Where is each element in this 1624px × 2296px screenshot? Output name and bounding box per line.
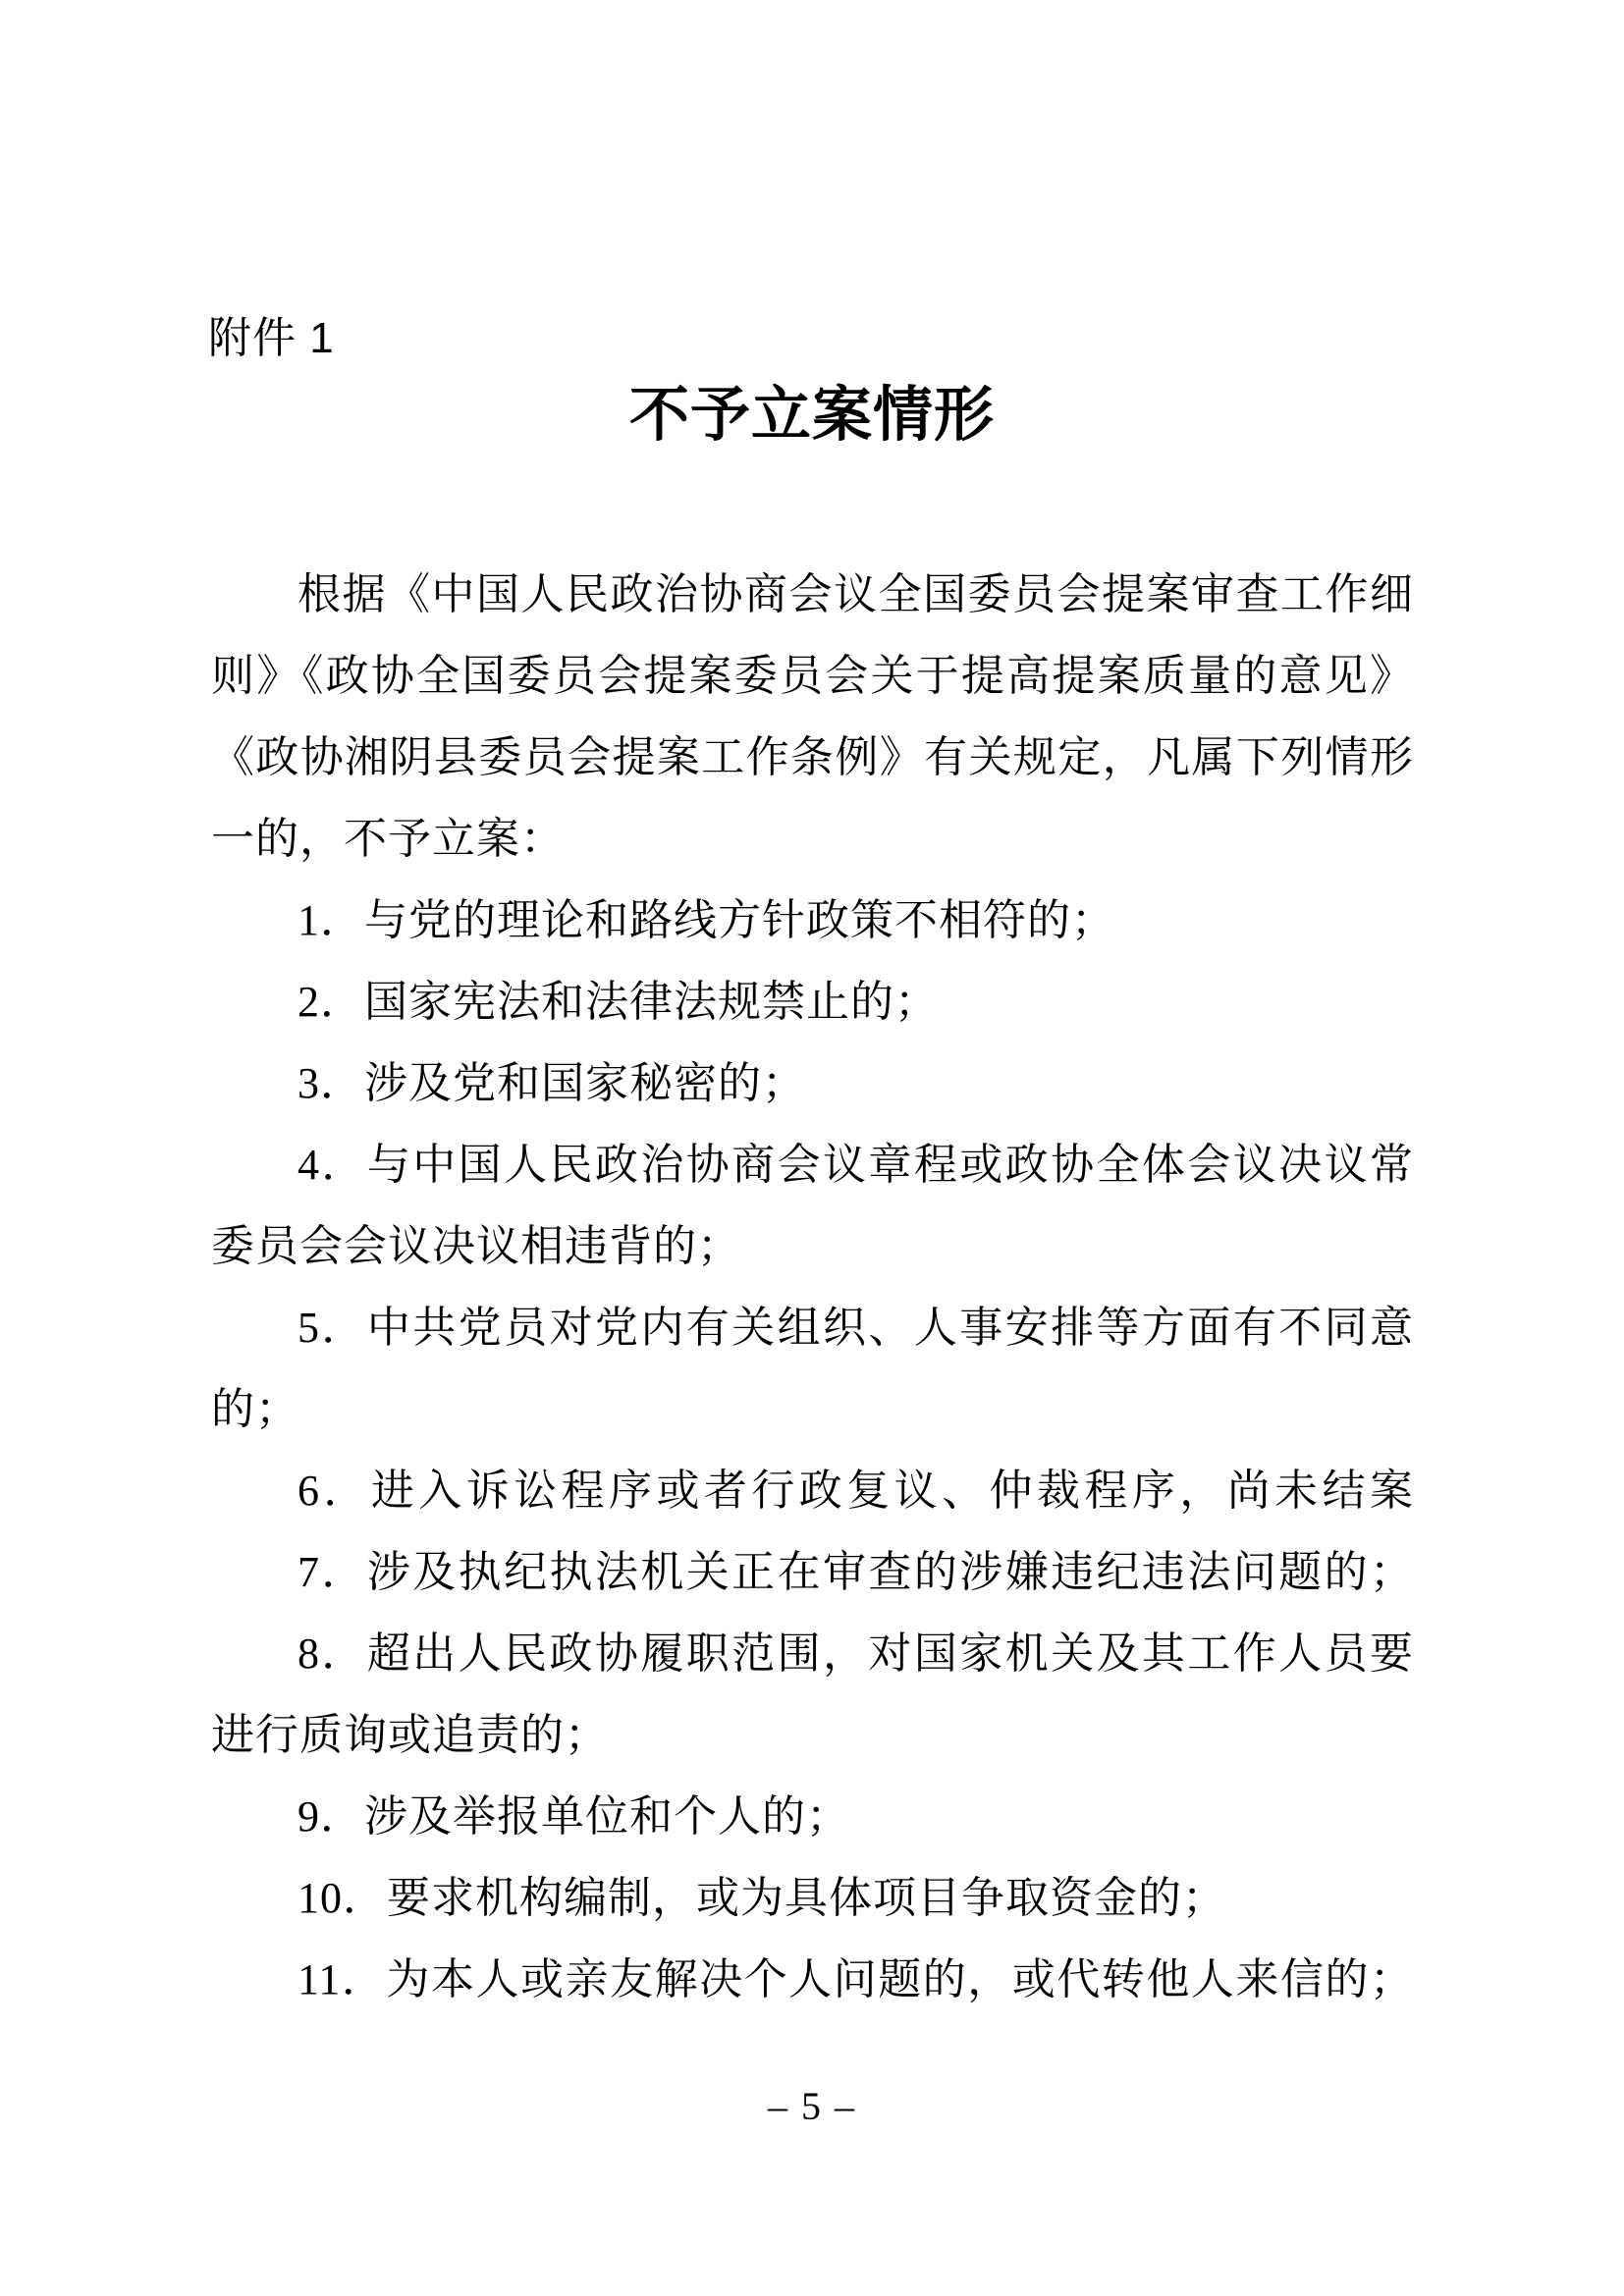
list-item-11: 11．为本人或亲友解决个人问题的，或代转他人来信的； <box>211 1939 1414 2020</box>
list-item-6: 6．进入诉讼程序或者行政复议、仲裁程序，尚未结案的； <box>211 1450 1414 1531</box>
list-item-4-line-1: 4．与中国人民政治协商会议章程或政协全体会议决议常务 <box>211 1124 1414 1205</box>
list-item-5-line-2: 的； <box>211 1368 1414 1450</box>
intro-line-1: 根据《中国人民政治协商会议全国委员会提案审查工作细 <box>211 554 1414 635</box>
list-item-8-line-2: 进行质询或追责的； <box>211 1694 1414 1776</box>
list-item-7: 7．涉及执纪执法机关正在审查的涉嫌违纪违法问题的； <box>211 1531 1414 1613</box>
list-item-9: 9．涉及举报单位和个人的； <box>211 1776 1414 1857</box>
intro-line-2: 则》《政协全国委员会提案委员会关于提高提案质量的意见》和 <box>211 635 1414 717</box>
intro-line-3: 《政协湘阴县委员会提案工作条例》有关规定，凡属下列情形之 <box>211 717 1414 798</box>
document-page: 附件 1 不予立案情形 根据《中国人民政治协商会议全国委员会提案审查工作细 则》… <box>0 0 1624 2296</box>
document-body: 根据《中国人民政治协商会议全国委员会提案审查工作细 则》《政协全国委员会提案委员… <box>211 554 1414 2020</box>
list-item-4-line-2: 委员会会议决议相违背的； <box>211 1205 1414 1287</box>
list-item-8-line-1: 8．超出人民政协履职范围，对国家机关及其工作人员要求 <box>211 1613 1414 1694</box>
attachment-label: 附件 1 <box>208 314 335 363</box>
page-number: – 5 – <box>0 2083 1624 2130</box>
intro-line-4: 一的，不予立案： <box>211 798 1414 880</box>
list-item-5-line-1: 5．中共党员对党内有关组织、人事安排等方面有不同意见 <box>211 1287 1414 1368</box>
list-item-10: 10．要求机构编制，或为具体项目争取资金的； <box>211 1857 1414 1939</box>
list-item-1: 1．与党的理论和路线方针政策不相符的； <box>211 880 1414 961</box>
list-item-3: 3．涉及党和国家秘密的； <box>211 1042 1414 1124</box>
page-title: 不予立案情形 <box>0 381 1624 452</box>
list-item-2: 2．国家宪法和法律法规禁止的； <box>211 961 1414 1042</box>
